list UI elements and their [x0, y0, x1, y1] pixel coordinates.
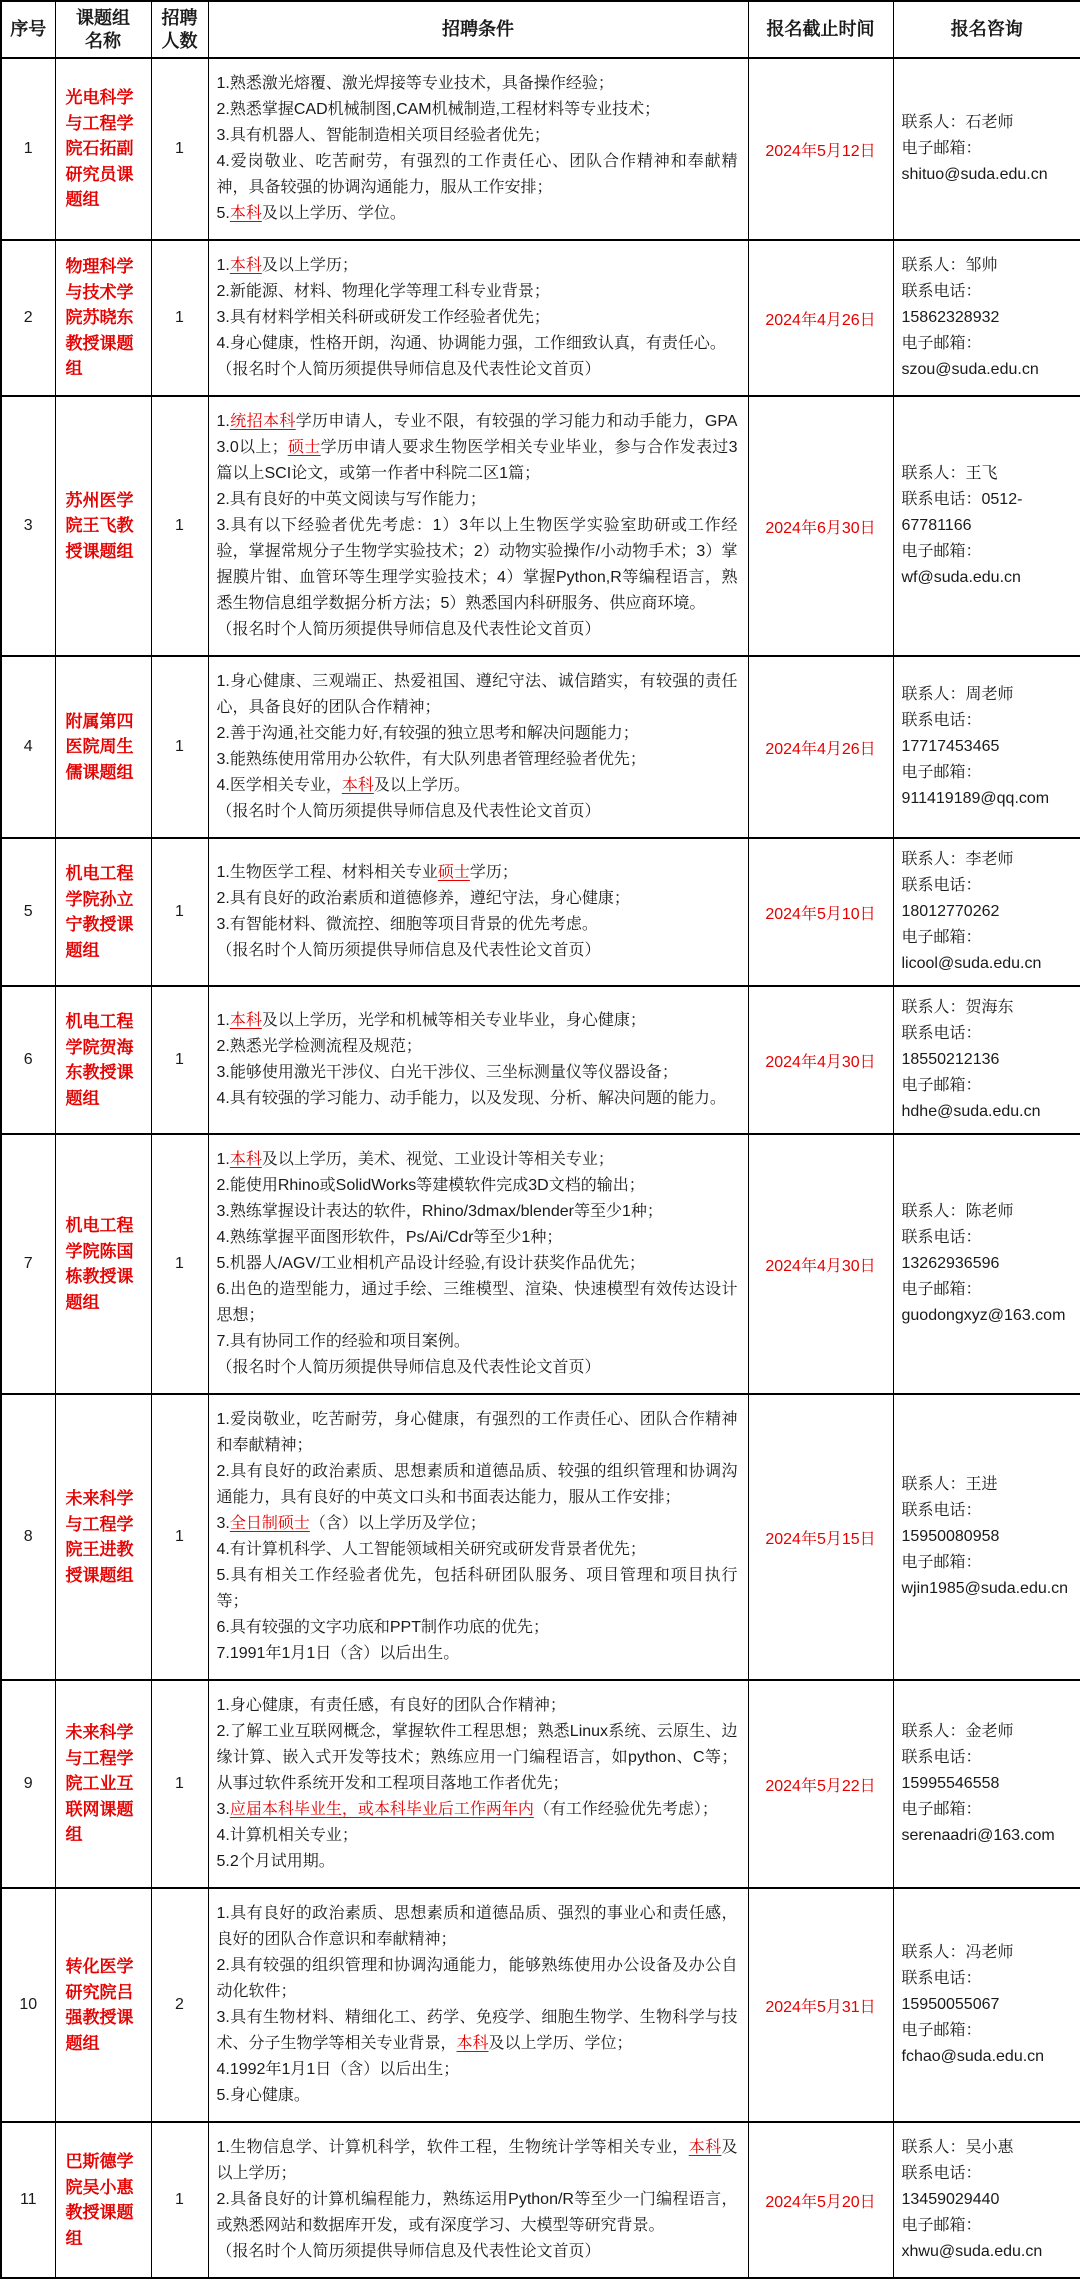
deadline-cell: 2024年5月10日: [748, 838, 893, 986]
contact-cell: 联系人：王进联系电话：15950080958电子邮箱：wjin1985@suda…: [893, 1394, 1080, 1680]
condition-text: 4.有计算机科学、人工智能领域相关研究或研发背景者优先；: [217, 1541, 646, 1558]
contact-line: 15950080958: [902, 1524, 1075, 1550]
condition-item: 1.身心健康、三观端正、热爱祖国、遵纪守法、诚信踏实，有较强的责任心，具备良好的…: [217, 669, 738, 721]
condition-item: 5.机器人/AGV/工业相机产品设计经验,有设计获奖作品优先；: [217, 1251, 738, 1277]
highlight-text: 统招本科: [230, 413, 296, 430]
deadline-cell: 2024年5月15日: [748, 1394, 893, 1680]
condition-item: 4.计算机相关专业；: [217, 1823, 738, 1849]
condition-text: 4.具有较强的学习能力、动手能力，以及发现、分析、解决问题的能力。: [217, 1090, 726, 1107]
condition-item: 3.应届本科毕业生，或本科毕业后工作两年内（有工作经验优先考虑）；: [217, 1797, 738, 1823]
group-name-cell: 巴斯德学院吴小惠教授课题组: [55, 2122, 151, 2278]
contact-line: 联系人：金老师: [902, 1719, 1075, 1745]
contact-line: 联系电话：0512-: [902, 487, 1075, 513]
contact-line: 电子邮箱：: [902, 2213, 1075, 2239]
contact-line: 联系电话：: [902, 1966, 1075, 1992]
condition-text: 3.熟练掌握设计表达的软件，Rhino/3dmax/blender等至少1种；: [217, 1203, 663, 1220]
condition-item: 2.能使用Rhino或SolidWorks等建模软件完成3D文档的输出；: [217, 1173, 738, 1199]
condition-item: 4.身心健康，性格开朗，沟通、协调能力强，工作细致认真，有责任心。: [217, 331, 738, 357]
condition-text: 3.具有机器人、智能制造相关项目经验者优先；: [217, 127, 550, 144]
contact-line: 联系人：贺海东: [902, 995, 1075, 1021]
condition-item: 2.新能源、材料、物理化学等理工科专业背景；: [217, 279, 738, 305]
contact-line: 电子邮箱：: [902, 1550, 1075, 1576]
condition-text: 5.具有相关工作经验者优先，包括科研团队服务、项目管理和项目执行等；: [217, 1567, 738, 1610]
condition-item: 2.具有良好的政治素质和道德修养，遵纪守法，身心健康；: [217, 886, 738, 912]
highlight-text: 全日制硕士: [230, 1515, 310, 1532]
condition-text: 及以上学历、学位。: [262, 205, 406, 222]
deadline-cell: 2024年5月12日: [748, 58, 893, 240]
condition-text: 3.有智能材料、微流控、细胞等项目背景的优先考虑。: [217, 916, 598, 933]
contact-cell: 联系人：李老师联系电话：18012770262电子邮箱：licool@suda.…: [893, 838, 1080, 986]
conditions-cell: 1.本科及以上学历；2.新能源、材料、物理化学等理工科专业背景；3.具有材料学相…: [208, 240, 748, 396]
row-number-cell: 9: [1, 1680, 55, 1888]
condition-text: 3.能熟练使用常用办公软件，有大队列患者管理经验者优先；: [217, 751, 646, 768]
condition-item: 1.熟悉激光熔覆、激光焊接等专业技术，具备操作经验；: [217, 71, 738, 97]
highlight-text: 本科: [457, 2035, 489, 2052]
recruit-count-cell: 1: [151, 1394, 208, 1680]
condition-text: 1.具有良好的政治素质、思想素质和道德品质、强烈的事业心和责任感，良好的团队合作…: [217, 1905, 738, 1948]
condition-text: 4.熟练掌握平面图形软件，Ps/Ai/Cdr等至少1种；: [217, 1229, 563, 1246]
recruit-count-cell: 2: [151, 1888, 208, 2122]
condition-text: 6.具有较强的文字功底和PPT制作功底的优先；: [217, 1619, 549, 1636]
condition-item: 1.本科及以上学历，美术、视觉、工业设计等相关专业；: [217, 1147, 738, 1173]
recruitment-table: 序号 课题组 名称 招聘 人数 招聘条件 报名截止时间 报名咨询 1光电科学与工…: [0, 0, 1080, 2279]
contact-line: 联系人：石老师: [902, 110, 1075, 136]
condition-text: 5.机器人/AGV/工业相机产品设计经验,有设计获奖作品优先；: [217, 1255, 645, 1272]
table-row: 3苏州医学院王飞教授课题组11.统招本科学历申请人，专业不限，有较强的学习能力和…: [1, 396, 1080, 656]
conditions-cell: 1.生物医学工程、材料相关专业硕士学历；2.具有良好的政治素质和道德修养，遵纪守…: [208, 838, 748, 986]
condition-item: 4.熟练掌握平面图形软件，Ps/Ai/Cdr等至少1种；: [217, 1225, 738, 1251]
condition-item: 7.1991年1月1日（含）以后出生。: [217, 1641, 738, 1667]
condition-item: 5.具有相关工作经验者优先，包括科研团队服务、项目管理和项目执行等；: [217, 1563, 738, 1615]
row-number-cell: 7: [1, 1134, 55, 1394]
conditions-cell: 1.身心健康，有责任感，有良好的团队合作精神；2.了解工业互联网概念，掌握软件工…: [208, 1680, 748, 1888]
condition-item: 1.生物医学工程、材料相关专业硕士学历；: [217, 860, 738, 886]
table-row: 6机电工程学院贺海东教授课题组11.本科及以上学历，光学和机械等相关专业毕业，身…: [1, 986, 1080, 1134]
condition-text: 2.具有良好的政治素质和道德修养，遵纪守法，身心健康；: [217, 890, 630, 907]
condition-item: 1.统招本科学历申请人，专业不限，有较强的学习能力和动手能力，GPA 3.0以上…: [217, 409, 738, 487]
contact-line: 电子邮箱：: [902, 1073, 1075, 1099]
condition-item: 2.具有较强的组织管理和协调沟通能力，能够熟练使用办公设备及办公自动化软件；: [217, 1953, 738, 2005]
table-row: 9未来科学与工程学院工业互联网课题组11.身心健康，有责任感，有良好的团队合作精…: [1, 1680, 1080, 1888]
contact-cell: 联系人：吴小惠联系电话：13459029440电子邮箱：xhwu@suda.ed…: [893, 2122, 1080, 2278]
contact-line: szou@suda.edu.cn: [902, 357, 1075, 383]
condition-item: 3.有智能材料、微流控、细胞等项目背景的优先考虑。: [217, 912, 738, 938]
table-row: 1光电科学与工程学院石拓副研究员课题组11.熟悉激光熔覆、激光焊接等专业技术，具…: [1, 58, 1080, 240]
highlight-text: 本科: [689, 2139, 722, 2156]
condition-text: （报名时个人简历须提供导师信息及代表性论文首页）: [217, 1359, 601, 1376]
contact-line: 联系电话：: [902, 873, 1075, 899]
condition-text: 1.熟悉激光熔覆、激光焊接等专业技术，具备操作经验；: [217, 75, 614, 92]
group-name-cell: 苏州医学院王飞教授课题组: [55, 396, 151, 656]
table-row: 10转化医学研究院吕强教授课题组21.具有良好的政治素质、思想素质和道德品质、强…: [1, 1888, 1080, 2122]
contact-line: 联系人：李老师: [902, 847, 1075, 873]
row-number-cell: 1: [1, 58, 55, 240]
condition-text: （报名时个人简历须提供导师信息及代表性论文首页）: [217, 942, 601, 959]
condition-text: 1.爱岗敬业，吃苦耐劳，身心健康，有强烈的工作责任心、团队合作精神和奉献精神；: [217, 1411, 738, 1454]
contact-line: 15950055067: [902, 1992, 1075, 2018]
row-number-cell: 8: [1, 1394, 55, 1680]
condition-text: 7.具有协同工作的经验和项目案例。: [217, 1333, 470, 1350]
conditions-cell: 1.本科及以上学历，光学和机械等相关专业毕业，身心健康；2.熟悉光学检测流程及规…: [208, 986, 748, 1134]
contact-line: 联系电话：: [902, 279, 1075, 305]
recruit-count-cell: 1: [151, 396, 208, 656]
contact-line: 15995546558: [902, 1771, 1075, 1797]
condition-item: 7.具有协同工作的经验和项目案例。: [217, 1329, 738, 1355]
contact-line: 联系人：王飞: [902, 461, 1075, 487]
header-row: 序号 课题组 名称 招聘 人数 招聘条件 报名截止时间 报名咨询: [1, 1, 1080, 58]
condition-text: 3.具有材料学相关科研或研发工作经验者优先；: [217, 309, 550, 326]
condition-text: 2.具有较强的组织管理和协调沟通能力，能够熟练使用办公设备及办公自动化软件；: [217, 1957, 738, 2000]
deadline-cell: 2024年6月30日: [748, 396, 893, 656]
group-name-cell: 物理科学与技术学院苏晓东教授课题组: [55, 240, 151, 396]
condition-item: 2.熟悉掌握CAD机械制图,CAM机械制造,工程材料等专业技术；: [217, 97, 738, 123]
condition-text: （报名时个人简历须提供导师信息及代表性论文首页）: [217, 621, 601, 638]
condition-item: （报名时个人简历须提供导师信息及代表性论文首页）: [217, 938, 738, 964]
contact-line: serenaadri@163.com: [902, 1823, 1075, 1849]
contact-line: 电子邮箱：: [902, 760, 1075, 786]
row-number-cell: 11: [1, 2122, 55, 2278]
recruit-count-cell: 1: [151, 1680, 208, 1888]
condition-text: （含）以上学历及学位；: [310, 1515, 486, 1532]
condition-text: 2.具有良好的政治素质、思想素质和道德品质、较强的组织管理和协调沟通能力，具有良…: [217, 1463, 738, 1506]
highlight-text: 本科: [230, 257, 262, 274]
contact-line: 联系电话：: [902, 1225, 1075, 1251]
table-body: 1光电科学与工程学院石拓副研究员课题组11.熟悉激光熔覆、激光焊接等专业技术，具…: [1, 58, 1080, 2278]
contact-line: 67781166: [902, 513, 1075, 539]
contact-line: 联系电话：: [902, 1498, 1075, 1524]
contact-line: 联系人：吴小惠: [902, 2135, 1075, 2161]
condition-text: 2.熟悉掌握CAD机械制图,CAM机械制造,工程材料等专业技术；: [217, 101, 661, 118]
deadline-cell: 2024年4月30日: [748, 1134, 893, 1394]
contact-line: shituo@suda.edu.cn: [902, 162, 1075, 188]
group-name-cell: 转化医学研究院吕强教授课题组: [55, 1888, 151, 2122]
condition-item: 6.出色的造型能力，通过手绘、三维模型、渲染、快速模型有效传达设计思想；: [217, 1277, 738, 1329]
condition-item: 4.医学相关专业，本科及以上学历。: [217, 773, 738, 799]
condition-text: （报名时个人简历须提供导师信息及代表性论文首页）: [217, 361, 601, 378]
condition-item: 1.本科及以上学历，光学和机械等相关专业毕业，身心健康；: [217, 1008, 738, 1034]
condition-item: 4.具有较强的学习能力、动手能力，以及发现、分析、解决问题的能力。: [217, 1086, 738, 1112]
recruit-count-cell: 1: [151, 986, 208, 1134]
condition-text: 1.身心健康、三观端正、热爱祖国、遵纪守法、诚信踏实，有较强的责任心，具备良好的…: [217, 673, 738, 716]
conditions-cell: 1.统招本科学历申请人，专业不限，有较强的学习能力和动手能力，GPA 3.0以上…: [208, 396, 748, 656]
deadline-cell: 2024年5月20日: [748, 2122, 893, 2278]
table-row: 11巴斯德学院吴小惠教授课题组11.生物信息学、计算机科学，软件工程，生物统计学…: [1, 2122, 1080, 2278]
condition-text: 2.熟悉光学检测流程及规范；: [217, 1038, 422, 1055]
contact-line: fchao@suda.edu.cn: [902, 2044, 1075, 2070]
conditions-cell: 1.本科及以上学历，美术、视觉、工业设计等相关专业；2.能使用Rhino或Sol…: [208, 1134, 748, 1394]
condition-text: 2.善于沟通,社交能力好,有较强的独立思考和解决问题能力；: [217, 725, 639, 742]
condition-item: （报名时个人简历须提供导师信息及代表性论文首页）: [217, 617, 738, 643]
contact-line: 联系电话：: [902, 708, 1075, 734]
conditions-cell: 1.生物信息学、计算机科学，软件工程，生物统计学等相关专业，本科及以上学历；2.…: [208, 2122, 748, 2278]
condition-item: 2.善于沟通,社交能力好,有较强的独立思考和解决问题能力；: [217, 721, 738, 747]
condition-item: 6.具有较强的文字功底和PPT制作功底的优先；: [217, 1615, 738, 1641]
condition-text: （有工作经验优先考虑）；: [534, 1801, 718, 1818]
contact-line: 15862328932: [902, 305, 1075, 331]
condition-text: 6.出色的造型能力，通过手绘、三维模型、渲染、快速模型有效传达设计思想；: [217, 1281, 738, 1324]
header-group-name: 课题组 名称: [55, 1, 151, 58]
header-deadline: 报名截止时间: [748, 1, 893, 58]
contact-line: 联系人：周老师: [902, 682, 1075, 708]
contact-cell: 联系人：金老师联系电话：15995546558电子邮箱：serenaadri@1…: [893, 1680, 1080, 1888]
recruit-count-cell: 1: [151, 1134, 208, 1394]
highlight-text: 本科: [230, 1012, 262, 1029]
highlight-text: 本科: [230, 205, 262, 222]
contact-line: 联系人：王进: [902, 1472, 1075, 1498]
contact-line: 17717453465: [902, 734, 1075, 760]
condition-item: 4.爱岗敬业、吃苦耐劳，有强烈的工作责任心、团队合作精神和奉献精神，具备较强的协…: [217, 149, 738, 201]
condition-item: （报名时个人简历须提供导师信息及代表性论文首页）: [217, 799, 738, 825]
condition-text: 2.了解工业互联网概念，掌握软件工程思想；熟悉Linux系统、云原生、边缘计算、…: [217, 1723, 738, 1792]
contact-line: wjin1985@suda.edu.cn: [902, 1576, 1075, 1602]
condition-text: （报名时个人简历须提供导师信息及代表性论文首页）: [217, 803, 601, 820]
condition-item: 2.具有良好的政治素质、思想素质和道德品质、较强的组织管理和协调沟通能力，具有良…: [217, 1459, 738, 1511]
condition-text: 4.身心健康，性格开朗，沟通、协调能力强，工作细致认真，有责任心。: [217, 335, 726, 352]
condition-text: 4.医学相关专业，: [217, 777, 342, 794]
contact-line: 电子邮箱：: [902, 2018, 1075, 2044]
conditions-cell: 1.具有良好的政治素质、思想素质和道德品质、强烈的事业心和责任感，良好的团队合作…: [208, 1888, 748, 2122]
condition-item: 3.具有机器人、智能制造相关项目经验者优先；: [217, 123, 738, 149]
header-conditions: 招聘条件: [208, 1, 748, 58]
condition-item: 3.具有以下经验者优先考虑：1）3年以上生物医学实验室助研或工作经验，掌握常规分…: [217, 513, 738, 617]
condition-text: 学历；: [470, 864, 518, 881]
highlight-text: 本科: [342, 777, 374, 794]
condition-text: 4.1992年1月1日（含）以后出生；: [217, 2061, 460, 2078]
condition-text: 3.具有以下经验者优先考虑：1）3年以上生物医学实验室助研或工作经验，掌握常规分…: [217, 517, 738, 612]
contact-line: 联系人：邹帅: [902, 253, 1075, 279]
row-number-cell: 3: [1, 396, 55, 656]
condition-text: 1.: [217, 413, 230, 430]
condition-item: 2.了解工业互联网概念，掌握软件工程思想；熟悉Linux系统、云原生、边缘计算、…: [217, 1719, 738, 1797]
condition-item: 1.本科及以上学历；: [217, 253, 738, 279]
group-name-cell: 未来科学与工程学院王进教授课题组: [55, 1394, 151, 1680]
condition-text: 1.: [217, 1012, 230, 1029]
row-number-cell: 5: [1, 838, 55, 986]
condition-item: 5.本科及以上学历、学位。: [217, 201, 738, 227]
contact-line: 联系电话：: [902, 1745, 1075, 1771]
condition-item: 5.身心健康。: [217, 2083, 738, 2109]
condition-text: 及以上学历，光学和机械等相关专业毕业，身心健康；: [262, 1012, 646, 1029]
condition-text: 1.生物医学工程、材料相关专业: [217, 864, 438, 881]
highlight-text: 硕士: [438, 864, 470, 881]
condition-item: 4.有计算机科学、人工智能领域相关研究或研发背景者优先；: [217, 1537, 738, 1563]
condition-item: （报名时个人简历须提供导师信息及代表性论文首页）: [217, 357, 738, 383]
group-name-cell: 附属第四医院周生儒课题组: [55, 656, 151, 838]
condition-item: 1.身心健康，有责任感，有良好的团队合作精神；: [217, 1693, 738, 1719]
condition-text: 及以上学历；: [262, 257, 358, 274]
condition-item: 1.具有良好的政治素质、思想素质和道德品质、强烈的事业心和责任感，良好的团队合作…: [217, 1901, 738, 1953]
group-name-cell: 未来科学与工程学院工业互联网课题组: [55, 1680, 151, 1888]
condition-item: （报名时个人简历须提供导师信息及代表性论文首页）: [217, 1355, 738, 1381]
contact-line: guodongxyz@163.com: [902, 1303, 1075, 1329]
row-number-cell: 4: [1, 656, 55, 838]
contact-line: 联系电话：: [902, 1021, 1075, 1047]
contact-line: 911419189@qq.com: [902, 786, 1075, 812]
highlight-text: 本科: [230, 1151, 262, 1168]
contact-line: 13459029440: [902, 2187, 1075, 2213]
condition-text: 2.具备良好的计算机编程能力，熟练运用Python/R等至少一门编程语言，或熟悉…: [217, 2191, 738, 2234]
contact-cell: 联系人：王飞联系电话：0512-67781166电子邮箱：wf@suda.edu…: [893, 396, 1080, 656]
condition-text: （报名时个人简历须提供导师信息及代表性论文首页）: [217, 2243, 601, 2260]
contact-cell: 联系人：冯老师联系电话：15950055067电子邮箱：fchao@suda.e…: [893, 1888, 1080, 2122]
recruit-count-cell: 1: [151, 838, 208, 986]
condition-item: 3.熟练掌握设计表达的软件，Rhino/3dmax/blender等至少1种；: [217, 1199, 738, 1225]
condition-text: 5.身心健康。: [217, 2087, 310, 2104]
contact-line: 18012770262: [902, 899, 1075, 925]
row-number-cell: 6: [1, 986, 55, 1134]
condition-item: 3.具有材料学相关科研或研发工作经验者优先；: [217, 305, 738, 331]
condition-item: 4.1992年1月1日（含）以后出生；: [217, 2057, 738, 2083]
row-number-cell: 2: [1, 240, 55, 396]
contact-line: 18550212136: [902, 1047, 1075, 1073]
recruit-count-cell: 1: [151, 58, 208, 240]
condition-text: 1.: [217, 1151, 230, 1168]
condition-item: 1.爱岗敬业，吃苦耐劳，身心健康，有强烈的工作责任心、团队合作精神和奉献精神；: [217, 1407, 738, 1459]
contact-line: 电子邮箱：: [902, 136, 1075, 162]
condition-text: 5.: [217, 205, 230, 222]
recruit-count-cell: 1: [151, 240, 208, 396]
condition-text: 3.: [217, 1515, 230, 1532]
condition-text: 1.生物信息学、计算机科学，软件工程，生物统计学等相关专业，: [217, 2139, 689, 2156]
deadline-cell: 2024年4月30日: [748, 986, 893, 1134]
condition-text: 2.能使用Rhino或SolidWorks等建模软件完成3D文档的输出；: [217, 1177, 645, 1194]
contact-line: wf@suda.edu.cn: [902, 565, 1075, 591]
contact-cell: 联系人：陈老师联系电话：13262936596电子邮箱：guodongxyz@1…: [893, 1134, 1080, 1394]
table-row: 2物理科学与技术学院苏晓东教授课题组11.本科及以上学历；2.新能源、材料、物理…: [1, 240, 1080, 396]
contact-line: 电子邮箱：: [902, 331, 1075, 357]
condition-text: 7.1991年1月1日（含）以后出生。: [217, 1645, 460, 1662]
contact-line: 13262936596: [902, 1251, 1075, 1277]
condition-item: 3.全日制硕士（含）以上学历及学位；: [217, 1511, 738, 1537]
conditions-cell: 1.爱岗敬业，吃苦耐劳，身心健康，有强烈的工作责任心、团队合作精神和奉献精神；2…: [208, 1394, 748, 1680]
table-row: 8未来科学与工程学院王进教授课题组11.爱岗敬业，吃苦耐劳，身心健康，有强烈的工…: [1, 1394, 1080, 1680]
group-name-cell: 机电工程学院孙立宁教授课题组: [55, 838, 151, 986]
condition-text: 3.: [217, 1801, 230, 1818]
condition-item: 5.2个月试用期。: [217, 1849, 738, 1875]
group-name-cell: 光电科学与工程学院石拓副研究员课题组: [55, 58, 151, 240]
condition-item: 3.能熟练使用常用办公软件，有大队列患者管理经验者优先；: [217, 747, 738, 773]
condition-item: 3.能够使用激光干涉仪、白光干涉仪、三坐标测量仪等仪器设备；: [217, 1060, 738, 1086]
contact-cell: 联系人：石老师电子邮箱：shituo@suda.edu.cn: [893, 58, 1080, 240]
contact-line: 电子邮箱：: [902, 1277, 1075, 1303]
condition-text: 3.能够使用激光干涉仪、白光干涉仪、三坐标测量仪等仪器设备；: [217, 1064, 678, 1081]
recruit-count-cell: 1: [151, 2122, 208, 2278]
contact-line: 电子邮箱：: [902, 925, 1075, 951]
condition-text: 及以上学历、学位；: [489, 2035, 633, 2052]
deadline-cell: 2024年5月31日: [748, 1888, 893, 2122]
contact-line: 联系人：冯老师: [902, 1940, 1075, 1966]
row-number-cell: 10: [1, 1888, 55, 2122]
condition-item: 2.熟悉光学检测流程及规范；: [217, 1034, 738, 1060]
deadline-cell: 2024年4月26日: [748, 656, 893, 838]
contact-cell: 联系人：邹帅联系电话：15862328932电子邮箱：szou@suda.edu…: [893, 240, 1080, 396]
header-number: 序号: [1, 1, 55, 58]
condition-item: 1.生物信息学、计算机科学，软件工程，生物统计学等相关专业，本科及以上学历；: [217, 2135, 738, 2187]
highlight-text: 硕士: [288, 439, 321, 456]
contact-line: licool@suda.edu.cn: [902, 951, 1075, 977]
group-name-cell: 机电工程学院陈国栋教授课题组: [55, 1134, 151, 1394]
contact-cell: 联系人：周老师联系电话：17717453465电子邮箱：911419189@qq…: [893, 656, 1080, 838]
deadline-cell: 2024年4月26日: [748, 240, 893, 396]
table-row: 7机电工程学院陈国栋教授课题组11.本科及以上学历，美术、视觉、工业设计等相关专…: [1, 1134, 1080, 1394]
highlight-text: 应届本科毕业生，或本科毕业后工作两年内: [230, 1801, 534, 1818]
condition-item: 2.具有良好的中英文阅读与写作能力；: [217, 487, 738, 513]
header-recruit-count: 招聘 人数: [151, 1, 208, 58]
condition-text: 及以上学历，美术、视觉、工业设计等相关专业；: [262, 1151, 614, 1168]
contact-line: 联系人：陈老师: [902, 1199, 1075, 1225]
deadline-cell: 2024年5月22日: [748, 1680, 893, 1888]
conditions-cell: 1.身心健康、三观端正、热爱祖国、遵纪守法、诚信踏实，有较强的责任心，具备良好的…: [208, 656, 748, 838]
contact-line: xhwu@suda.edu.cn: [902, 2239, 1075, 2265]
table-header: 序号 课题组 名称 招聘 人数 招聘条件 报名截止时间 报名咨询: [1, 1, 1080, 58]
condition-item: 2.具备良好的计算机编程能力，熟练运用Python/R等至少一门编程语言，或熟悉…: [217, 2187, 738, 2239]
condition-text: 2.新能源、材料、物理化学等理工科专业背景；: [217, 283, 550, 300]
condition-text: 4.计算机相关专业；: [217, 1827, 358, 1844]
conditions-cell: 1.熟悉激光熔覆、激光焊接等专业技术，具备操作经验；2.熟悉掌握CAD机械制图,…: [208, 58, 748, 240]
header-contact: 报名咨询: [893, 1, 1080, 58]
condition-text: 2.具有良好的中英文阅读与写作能力；: [217, 491, 486, 508]
contact-line: 电子邮箱：: [902, 539, 1075, 565]
condition-item: （报名时个人简历须提供导师信息及代表性论文首页）: [217, 2239, 738, 2265]
condition-text: 1.: [217, 257, 230, 274]
contact-line: hdhe@suda.edu.cn: [902, 1099, 1075, 1125]
contact-line: 联系电话：: [902, 2161, 1075, 2187]
condition-text: 4.爱岗敬业、吃苦耐劳，有强烈的工作责任心、团队合作精神和奉献精神，具备较强的协…: [217, 153, 738, 196]
condition-item: 3.具有生物材料、精细化工、药学、免疫学、细胞生物学、生物科学与技术、分子生物学…: [217, 2005, 738, 2057]
condition-text: 1.身心健康，有责任感，有良好的团队合作精神；: [217, 1697, 566, 1714]
contact-line: 电子邮箱：: [902, 1797, 1075, 1823]
table-row: 5机电工程学院孙立宁教授课题组11.生物医学工程、材料相关专业硕士学历；2.具有…: [1, 838, 1080, 986]
group-name-cell: 机电工程学院贺海东教授课题组: [55, 986, 151, 1134]
contact-cell: 联系人：贺海东联系电话：18550212136电子邮箱：hdhe@suda.ed…: [893, 986, 1080, 1134]
recruit-count-cell: 1: [151, 656, 208, 838]
table-row: 4附属第四医院周生儒课题组11.身心健康、三观端正、热爱祖国、遵纪守法、诚信踏实…: [1, 656, 1080, 838]
condition-text: 及以上学历。: [374, 777, 470, 794]
condition-text: 5.2个月试用期。: [217, 1853, 335, 1870]
